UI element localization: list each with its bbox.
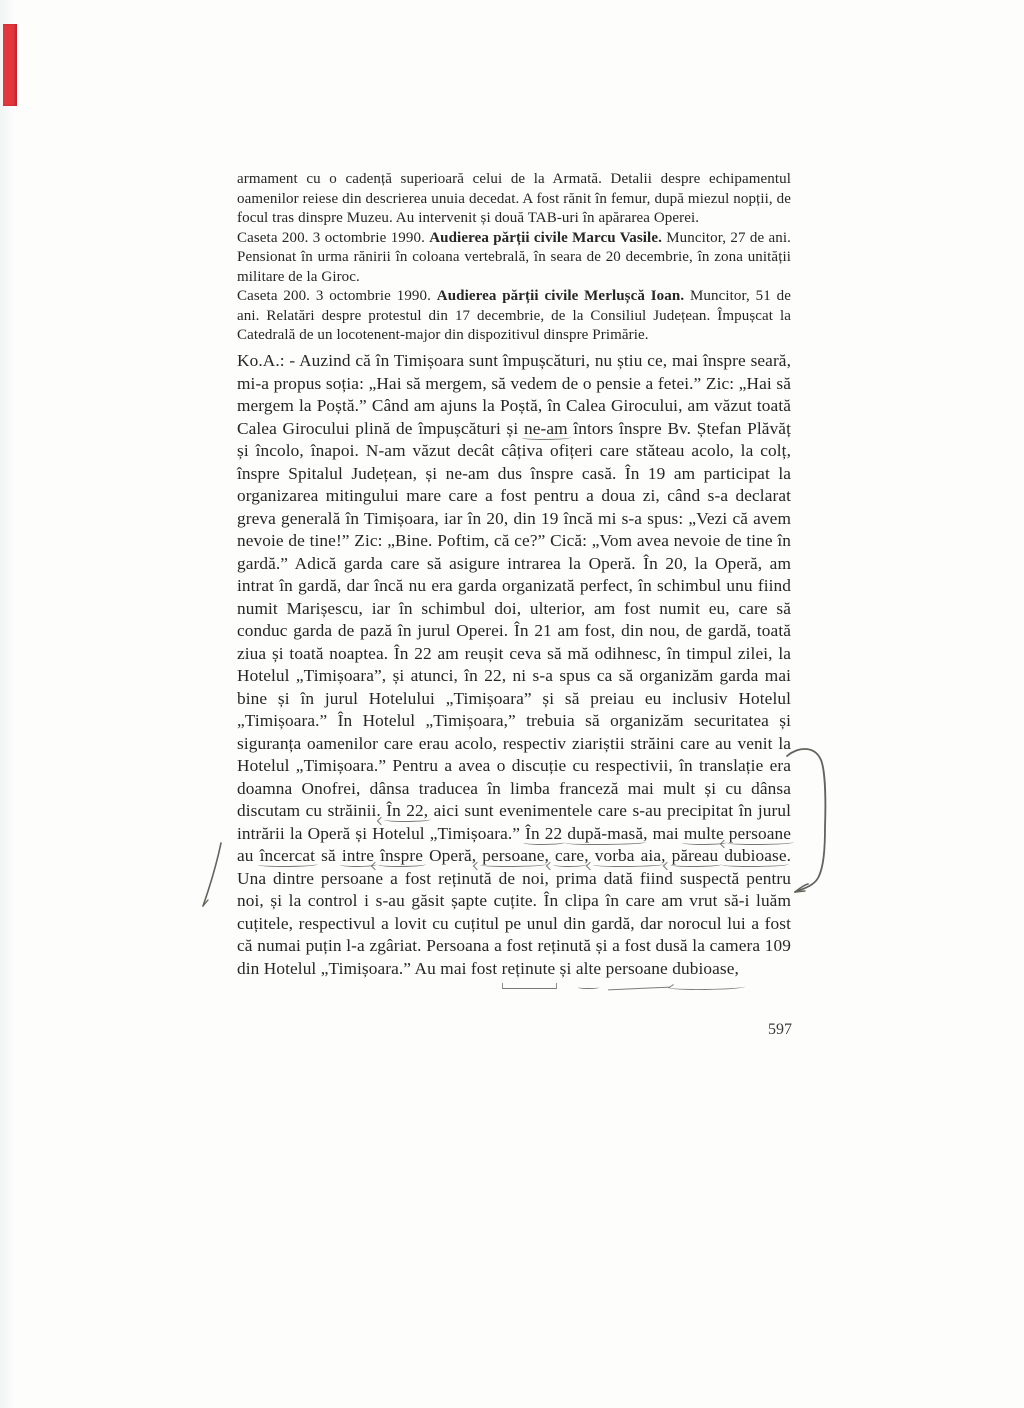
scanned-page: armament cu o cadență superioară celui d… — [0, 0, 1024, 1408]
text-run: Caseta 200. 3 octombrie 1990. — [237, 288, 437, 304]
pencil-underlined-word: înspre — [380, 846, 423, 865]
caseta-entry-marcu-vasile: Caseta 200. 3 octombrie 1990. Audierea p… — [237, 229, 791, 288]
summary-paragraph: armament cu o cadență superioară celui d… — [237, 170, 791, 229]
pencil-underlined-word: multe — [684, 824, 724, 843]
pencil-underlined-word: În 22 — [525, 824, 562, 843]
pencil-underlined-word: reținute — [502, 959, 556, 978]
pencil-underlined-word: care — [555, 846, 584, 865]
pencil-underlined-word: persoane — [482, 846, 544, 865]
scan-edge-shadow — [0, 0, 16, 1408]
text-run: Caseta 200. 3 octombrie 1990. — [237, 230, 429, 246]
pencil-underlined-word: după-masă — [567, 824, 643, 843]
page-number: 597 — [758, 1021, 792, 1039]
pencil-underlined-word: persoane — [729, 824, 791, 843]
bold-emphasis: Audierea părții civile Merlușcă Ioan. — [437, 288, 684, 304]
text-run: , mai — [643, 824, 684, 843]
testimony-block: Ko.A.: - Auzind că în Timișoara sunt împ… — [237, 350, 791, 980]
scan-red-stripe-artifact — [3, 24, 17, 106]
caseta-entry-merlusca-ioan: Caseta 200. 3 octombrie 1990. Audierea p… — [237, 287, 791, 346]
pencil-underlined-word: păreau — [672, 846, 719, 865]
pencil-underlined-word: vorba aia — [595, 846, 661, 865]
text-run: și — [555, 959, 576, 978]
text-run — [601, 959, 605, 978]
pencil-underlined-word: încercat — [260, 846, 315, 865]
pencil-underlined-word: dubioase, — [672, 959, 739, 978]
pencil-underlined-word: intre — [342, 846, 374, 865]
case-summary-block: armament cu o cadență superioară celui d… — [237, 170, 791, 346]
pencil-margin-stroke-left — [198, 840, 226, 912]
bold-emphasis: Audierea părții civile Marcu Vasile. — [429, 230, 662, 246]
pencil-underlined-word: dubioase — [724, 846, 786, 865]
text-run: armament cu o cadență superioară celui d… — [237, 171, 791, 226]
pencil-underlined-word: ne-am — [524, 419, 568, 438]
pencil-underlined-word: persoane — [606, 959, 668, 978]
text-run: întors înspre Bv. Ștefan Plăvăț și încol… — [237, 419, 791, 821]
text-run: să — [315, 846, 342, 865]
pencil-underlined-word: alte — [576, 959, 601, 978]
text-run: au — [237, 846, 260, 865]
pencil-underlined-word: În 22, — [386, 801, 428, 820]
text-run: Operă, — [423, 846, 482, 865]
testimony-paragraph: Ko.A.: - Auzind că în Timișoara sunt împ… — [237, 350, 791, 980]
